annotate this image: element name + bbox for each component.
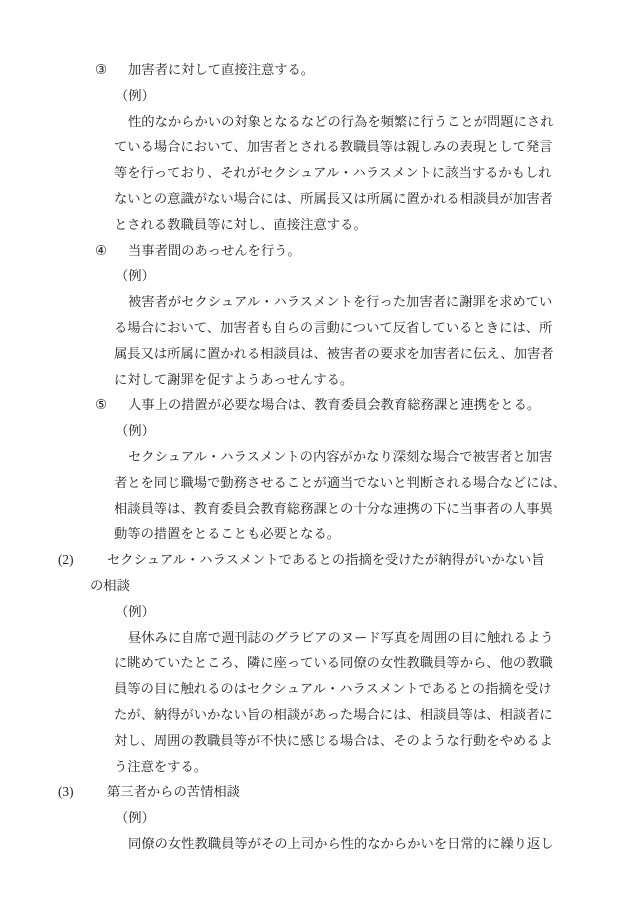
list-item-5: ⑤人事上の措置が必要な場合は、教育委員会教育総務課と連携をとる。 — [0, 392, 630, 418]
item-title: 加害者に対して直接注意する。 — [128, 62, 314, 77]
example-label: （例） — [0, 263, 630, 289]
document-page: ③加害者に対して直接注意する。 （例） 性的なからかいの対象となるなどの行為を頻… — [0, 0, 630, 915]
list-item-3: ③加害者に対して直接注意する。 — [0, 57, 630, 83]
item-title: 第三者からの苦情相談 — [107, 784, 240, 799]
list-item-4: ④当事者間のあっせんを行う。 — [0, 238, 630, 264]
example-label: （例） — [0, 599, 630, 625]
example-line: う注意をする。 — [0, 754, 630, 780]
example-line: とされる教職員等に対し、直接注意する。 — [0, 212, 630, 238]
circled-number-marker: ③ — [95, 57, 128, 83]
example-line: 員等の目に触れるのはセクシュアル・ハラスメントであるとの指摘を受け — [0, 676, 630, 702]
example-line: に対して謝罪を促すようあっせんする。 — [0, 367, 630, 393]
example-line: ている場合において、加害者とされる教職員等は親しみの表現として発言 — [0, 134, 630, 160]
example-line: 同僚の女性教職員等がその上司から性的なからかいを日常的に繰り返し — [0, 831, 630, 857]
example-line: 昼休みに自席で週刊誌のグラビアのヌード写真を周囲の目に触れるよう — [0, 625, 630, 651]
example-label: （例） — [0, 83, 630, 109]
circled-number-marker: ⑤ — [95, 392, 128, 418]
example-line: 動等の措置をとることも必要となる。 — [0, 521, 630, 547]
example-line: る場合において、加害者も自らの言動について反省しているときには、所 — [0, 315, 630, 341]
example-line: セクシュアル・ハラスメントの内容がかなり深刻な場合で被害者と加害 — [0, 444, 630, 470]
example-line: たが、納得がいかない旨の相談があった場合には、相談員等は、相談者に — [0, 702, 630, 728]
list-item-2-paren: (2)セクシュアル・ハラスメントであるとの指摘を受けたが納得がいかない旨 — [0, 547, 630, 573]
example-line: 属長又は所属に置かれる相談員は、被害者の要求を加害者に伝え、加害者 — [0, 341, 630, 367]
example-line: 者とを同じ職場で勤務させることが適当でないと判断される場合などには、 — [0, 470, 630, 496]
example-line: 対し、周囲の教職員等が不快に感じる場合は、そのような行動をやめるよ — [0, 728, 630, 754]
circled-number-marker: ④ — [95, 238, 128, 264]
example-line: 相談員等は、教育委員会教育総務課との十分な連携の下に当事者の人事異 — [0, 496, 630, 522]
item-title-wrap: の相談 — [0, 573, 630, 599]
item-title: 人事上の措置が必要な場合は、教育委員会教育総務課と連携をとる。 — [128, 397, 540, 412]
example-label: （例） — [0, 805, 630, 831]
example-line: 被害者がセクシュアル・ハラスメントを行った加害者に謝罪を求めてい — [0, 289, 630, 315]
paren-number-marker: (3) — [58, 779, 107, 805]
item-title: セクシュアル・ハラスメントであるとの指摘を受けたが納得がいかない旨 — [107, 552, 545, 567]
example-line: 性的なからかいの対象となるなどの行為を頻繁に行うことが問題にされ — [0, 109, 630, 135]
paren-number-marker: (2) — [58, 547, 107, 573]
example-line: 等を行っており、それがセクシュアル・ハラスメントに該当するかもしれ — [0, 160, 630, 186]
example-line: ないとの意識がない場合には、所属長又は所属に置かれる相談員が加害者 — [0, 186, 630, 212]
list-item-3-paren: (3)第三者からの苦情相談 — [0, 779, 630, 805]
item-title: 当事者間のあっせんを行う。 — [128, 243, 301, 258]
example-label: （例） — [0, 418, 630, 444]
example-line: に眺めていたところ、隣に座っている同僚の女性教職員等から、他の教職 — [0, 650, 630, 676]
